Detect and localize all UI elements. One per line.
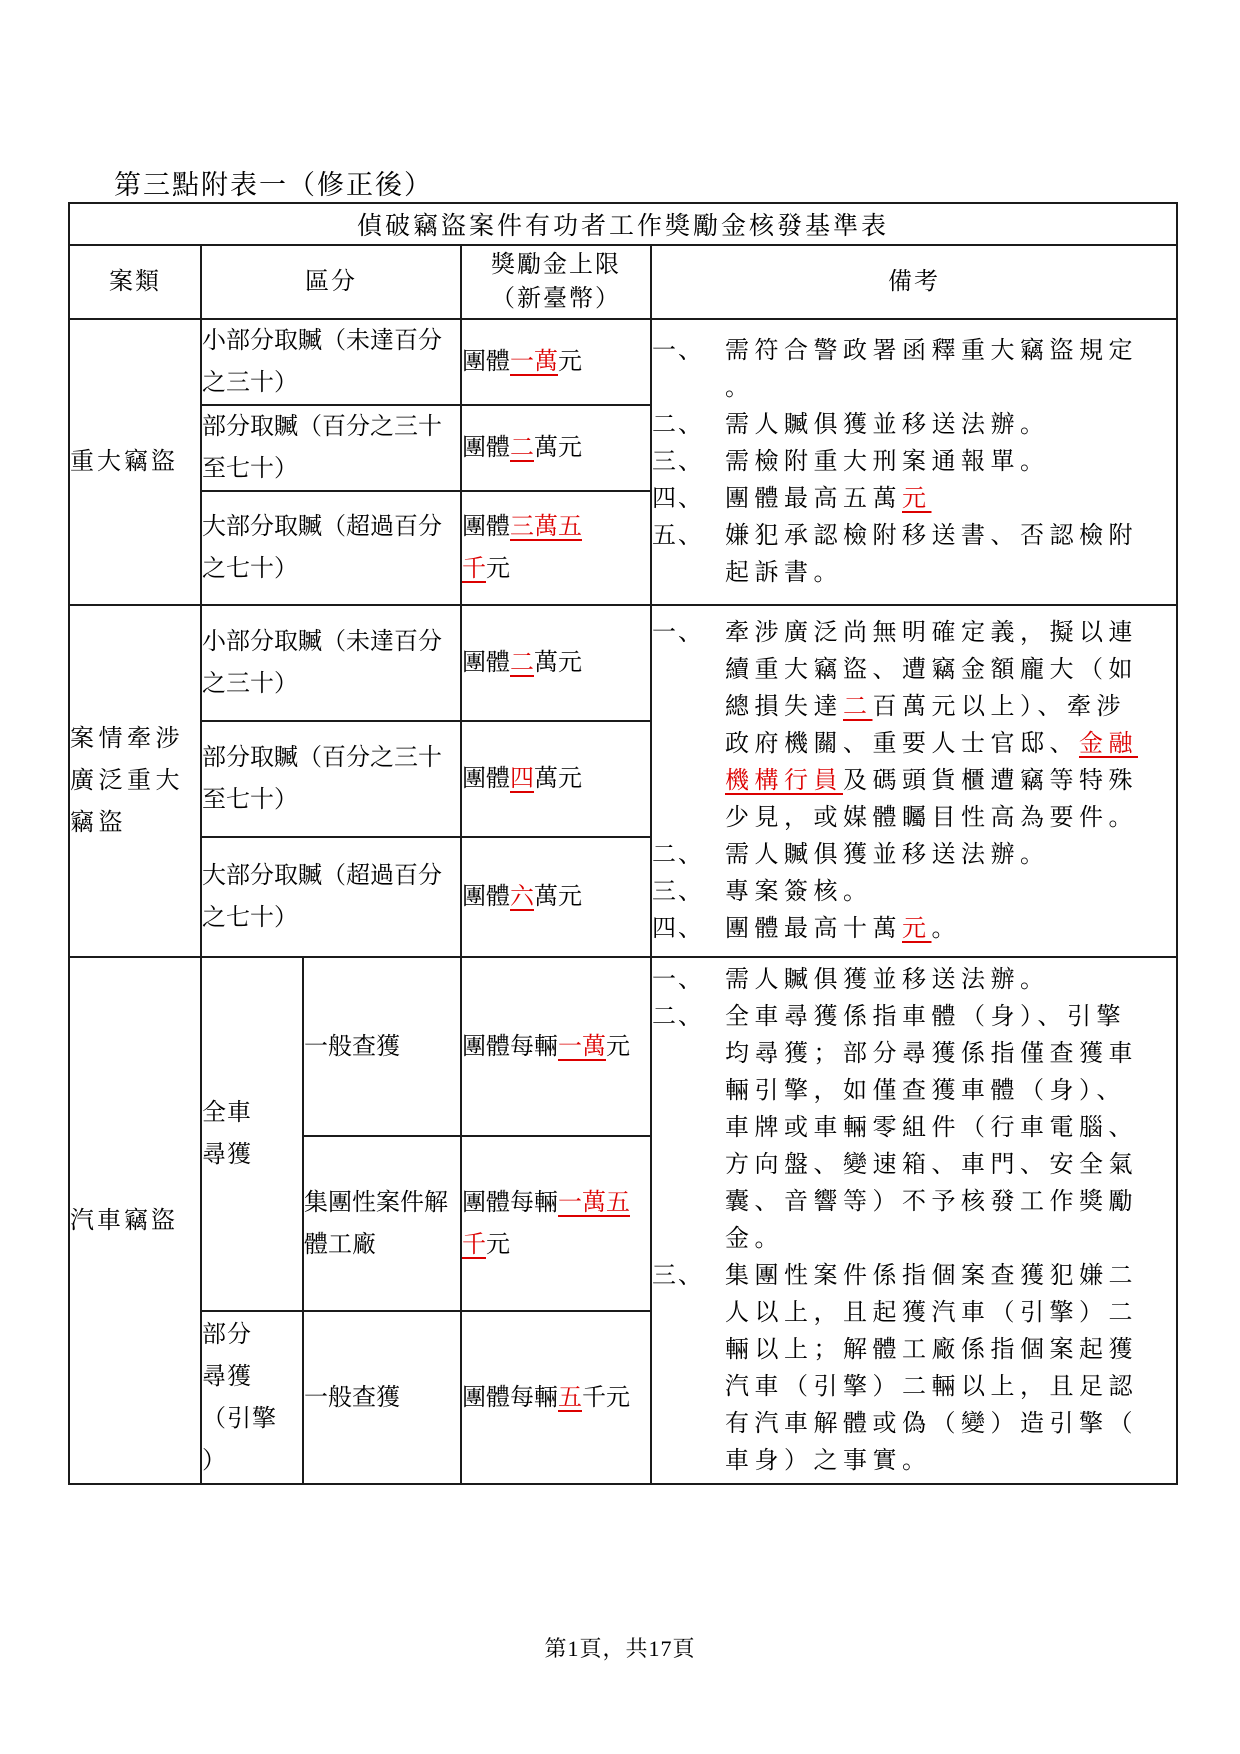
plain-text: 全車尋獲係指車體（身）、引擎均尋獲；部分尋獲係指僅查獲車輛引擎，如僅查獲車體（身… (725, 1004, 1138, 1252)
remark-text: 需檢附重大刑案通報單。 (725, 444, 1138, 481)
remark-text: 集團性案件係指個案查獲犯嫌二人以上，且起獲汽車（引擎）二輛以上；解體工廠係指個案… (725, 1258, 1138, 1480)
plain-text: 嫌犯承認檢附移送書、否認檢附起訴書。 (725, 523, 1138, 586)
remark-text: 需人贓俱獲並移送法辦。 (725, 962, 1138, 999)
revision-text: 元 (902, 486, 932, 512)
plain-text: 專案簽核。 (725, 879, 873, 905)
plain-text: 千元 (582, 1385, 630, 1411)
header-remarks: 備考 (651, 245, 1177, 319)
revision-text: 二 (843, 694, 873, 720)
division-cell: 小部分取贓（未達百分之三十） (201, 605, 461, 721)
remark-text: 牽涉廣泛尚無明確定義，擬以連續重大竊盜、遭竊金額龐大（如總損失達二百萬元以上）、… (725, 615, 1138, 837)
table-header-row: 案類 區分 獎勵金上限 （新臺幣） 備考 (69, 245, 1177, 319)
revision-text: 一萬 (510, 349, 558, 375)
header-case-type: 案類 (69, 245, 201, 319)
reward-cell: 團體二萬元 (461, 605, 651, 721)
remark-number: 一、 (652, 333, 725, 370)
table-row: 案情牽涉廣泛重大竊盜 小部分取贓（未達百分之三十） 團體二萬元 一、牽涉廣泛尚無… (69, 605, 1177, 721)
remark-item: 一、需人贓俱獲並移送法辦。 (652, 962, 1176, 999)
remark-text: 需符合警政署函釋重大竊盜規定。 (725, 333, 1138, 407)
revision-text: 千 (462, 556, 486, 582)
remark-text: 全車尋獲係指車體（身）、引擎均尋獲；部分尋獲係指僅查獲車輛引擎，如僅查獲車體（身… (725, 999, 1138, 1258)
remark-text: 需人贓俱獲並移送法辦。 (725, 837, 1138, 874)
division-cell: 部分取贓（百分之三十至七十） (201, 721, 461, 837)
remark-number: 二、 (652, 837, 725, 874)
remark-number: 四、 (652, 481, 725, 518)
division-cell: 集團性案件解體工廠 (303, 1136, 461, 1311)
revision-text: 二 (510, 435, 534, 461)
table-row: 重大竊盜 小部分取贓（未達百分之三十） 團體一萬元 一、需符合警政署函釋重大竊盜… (69, 319, 1177, 405)
reward-cell: 團體六萬元 (461, 837, 651, 957)
remark-item: 一、牽涉廣泛尚無明確定義，擬以連續重大竊盜、遭竊金額龐大（如總損失達二百萬元以上… (652, 615, 1176, 837)
revision-text: 一萬 (558, 1034, 606, 1060)
remark-item: 二、需人贓俱獲並移送法辦。 (652, 837, 1176, 874)
remark-number: 二、 (652, 999, 725, 1036)
plain-text: 需人贓俱獲並移送法辦。 (725, 967, 1050, 993)
remarks-major-theft: 一、需符合警政署函釋重大竊盜規定。二、需人贓俱獲並移送法辦。三、需檢附重大刑案通… (651, 319, 1177, 605)
remark-item: 二、需人贓俱獲並移送法辦。 (652, 407, 1176, 444)
remark-number: 五、 (652, 518, 725, 555)
plain-text: 需人贓俱獲並移送法辦。 (725, 842, 1050, 868)
category-car-theft: 汽車竊盜 (69, 957, 201, 1484)
remark-text: 嫌犯承認檢附移送書、否認檢附起訴書。 (725, 518, 1138, 592)
remarks-widespread-theft: 一、牽涉廣泛尚無明確定義，擬以連續重大竊盜、遭竊金額龐大（如總損失達二百萬元以上… (651, 605, 1177, 957)
revision-text: 六 (510, 884, 534, 910)
remark-text: 需人贓俱獲並移送法辦。 (725, 407, 1138, 444)
remark-text: 團體最高五萬元 (725, 481, 1138, 518)
plain-text: 需人贓俱獲並移送法辦。 (725, 412, 1050, 438)
group-full-vehicle-recovered: 全車 尋獲 (201, 957, 303, 1311)
plain-text: 萬元 (534, 766, 582, 792)
division-cell: 一般查獲 (303, 957, 461, 1136)
remark-number: 四、 (652, 911, 725, 948)
revision-text: 五 (558, 1385, 582, 1411)
plain-text: 團體最高五萬 (725, 486, 902, 512)
plain-text: 萬元 (534, 435, 582, 461)
plain-text: 團體 (462, 514, 510, 540)
revision-text: 四 (510, 766, 534, 792)
header-division: 區分 (201, 245, 461, 319)
remark-number: 一、 (652, 615, 725, 652)
remark-item: 三、需檢附重大刑案通報單。 (652, 444, 1176, 481)
plain-text: 元 (486, 1232, 510, 1258)
revision-text: 一萬五 (558, 1190, 630, 1216)
remark-text: 團體最高十萬元。 (725, 911, 1138, 948)
table-row: 汽車竊盜 全車 尋獲 一般查獲 團體每輛一萬元 一、需人贓俱獲並移送法辦。二、全… (69, 957, 1177, 1136)
remark-item: 三、集團性案件係指個案查獲犯嫌二人以上，且起獲汽車（引擎）二輛以上；解體工廠係指… (652, 1258, 1176, 1480)
reward-cell: 團體每輛一萬五千元 (461, 1136, 651, 1311)
division-cell: 大部分取贓（超過百分之七十） (201, 837, 461, 957)
revision-text: 元 (902, 916, 932, 942)
plain-text: 團體 (462, 884, 510, 910)
plain-text: 需檢附重大刑案通報單。 (725, 449, 1050, 475)
remark-item: 一、需符合警政署函釋重大竊盜規定。 (652, 333, 1176, 407)
header-reward-cap: 獎勵金上限 （新臺幣） (461, 245, 651, 319)
remarks-car-theft: 一、需人贓俱獲並移送法辦。二、全車尋獲係指車體（身）、引擎均尋獲；部分尋獲係指僅… (651, 957, 1177, 1484)
table-title: 偵破竊盜案件有功者工作獎勵金核發基準表 (69, 203, 1177, 245)
reward-cell: 團體二萬元 (461, 405, 651, 491)
revision-text: 二 (510, 650, 534, 676)
division-cell: 小部分取贓（未達百分之三十） (201, 319, 461, 405)
remark-number: 一、 (652, 962, 725, 999)
remark-number: 二、 (652, 407, 725, 444)
reward-cell: 團體一萬元 (461, 319, 651, 405)
category-widespread-theft: 案情牽涉廣泛重大竊盜 (69, 605, 201, 957)
reward-cell: 團體每輛一萬元 (461, 957, 651, 1136)
reward-standards-table: 偵破竊盜案件有功者工作獎勵金核發基準表 案類 區分 獎勵金上限 （新臺幣） 備考… (68, 202, 1178, 1485)
division-cell: 部分取贓（百分之三十至七十） (201, 405, 461, 491)
table-title-row: 偵破竊盜案件有功者工作獎勵金核發基準表 (69, 203, 1177, 245)
document-title: 第三點附表一（修正後） (114, 163, 433, 202)
plain-text: 。 (932, 916, 962, 942)
remark-item: 二、全車尋獲係指車體（身）、引擎均尋獲；部分尋獲係指僅查獲車輛引擎，如僅查獲車體… (652, 999, 1176, 1258)
group-partial-recovered-engine: 部分 尋獲 （引擎 ） (201, 1311, 303, 1484)
revision-text: 三萬五 (510, 514, 582, 540)
remark-text: 專案簽核。 (725, 874, 1138, 911)
remark-item: 三、專案簽核。 (652, 874, 1176, 911)
plain-text: 團體 (462, 349, 510, 375)
plain-text: 萬元 (534, 650, 582, 676)
remark-number: 三、 (652, 444, 725, 481)
remark-item: 四、團體最高十萬元。 (652, 911, 1176, 948)
plain-text: 集團性案件係指個案查獲犯嫌二人以上，且起獲汽車（引擎）二輛以上；解體工廠係指個案… (725, 1263, 1138, 1474)
plain-text: 元 (606, 1034, 630, 1060)
plain-text: 團體 (462, 435, 510, 461)
plain-text: 團體 (462, 650, 510, 676)
remark-item: 四、團體最高五萬元 (652, 481, 1176, 518)
plain-text: 需符合警政署函釋重大竊盜規定。 (725, 338, 1138, 401)
reward-cell: 團體每輛五千元 (461, 1311, 651, 1484)
remark-number: 三、 (652, 1258, 725, 1295)
category-major-theft: 重大竊盜 (69, 319, 201, 605)
remark-item: 五、嫌犯承認檢附移送書、否認檢附起訴書。 (652, 518, 1176, 592)
plain-text: 萬元 (534, 884, 582, 910)
reward-cell: 團體三萬五千元 (461, 491, 651, 605)
remark-number: 三、 (652, 874, 725, 911)
page-number: 第1頁，共17頁 (0, 1632, 1240, 1663)
document-page: 第三點附表一（修正後） 偵破竊盜案件有功者工作獎勵金核發基準表 案類 區分 獎勵… (0, 0, 1240, 1754)
plain-text: 團體每輛 (462, 1190, 558, 1216)
revision-text: 千 (462, 1232, 486, 1258)
plain-text: 團體 (462, 766, 510, 792)
plain-text: 元 (486, 556, 510, 582)
division-cell: 大部分取贓（超過百分之七十） (201, 491, 461, 605)
reward-cell: 團體四萬元 (461, 721, 651, 837)
plain-text: 團體最高十萬 (725, 916, 902, 942)
plain-text: 團體每輛 (462, 1385, 558, 1411)
plain-text: 團體每輛 (462, 1034, 558, 1060)
division-cell: 一般查獲 (303, 1311, 461, 1484)
plain-text: 元 (558, 349, 582, 375)
